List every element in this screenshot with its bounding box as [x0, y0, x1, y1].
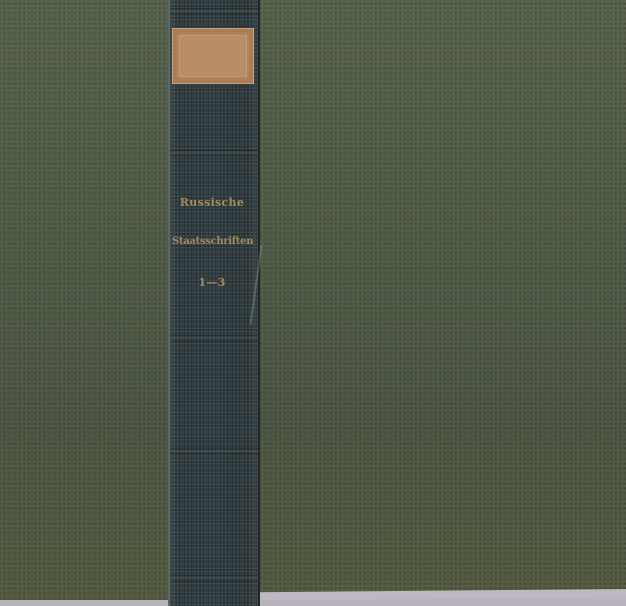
spine-band	[170, 8, 258, 14]
back-board	[0, 0, 170, 600]
spine-volume-number: 1—3	[172, 276, 252, 289]
spine-band	[170, 150, 258, 156]
spine-label-frame	[179, 35, 247, 77]
book-spine	[168, 0, 260, 606]
front-board	[256, 0, 626, 597]
spine-band	[170, 575, 258, 581]
spine-paper-label	[172, 28, 254, 84]
book-photo: Russische Staatsschriften 1—3	[0, 0, 626, 606]
spine-title-line-1: Russische	[172, 196, 252, 209]
spine-band	[170, 448, 258, 454]
spine-band	[170, 335, 258, 341]
spine-title-line-2: Staatsschriften	[172, 236, 252, 247]
